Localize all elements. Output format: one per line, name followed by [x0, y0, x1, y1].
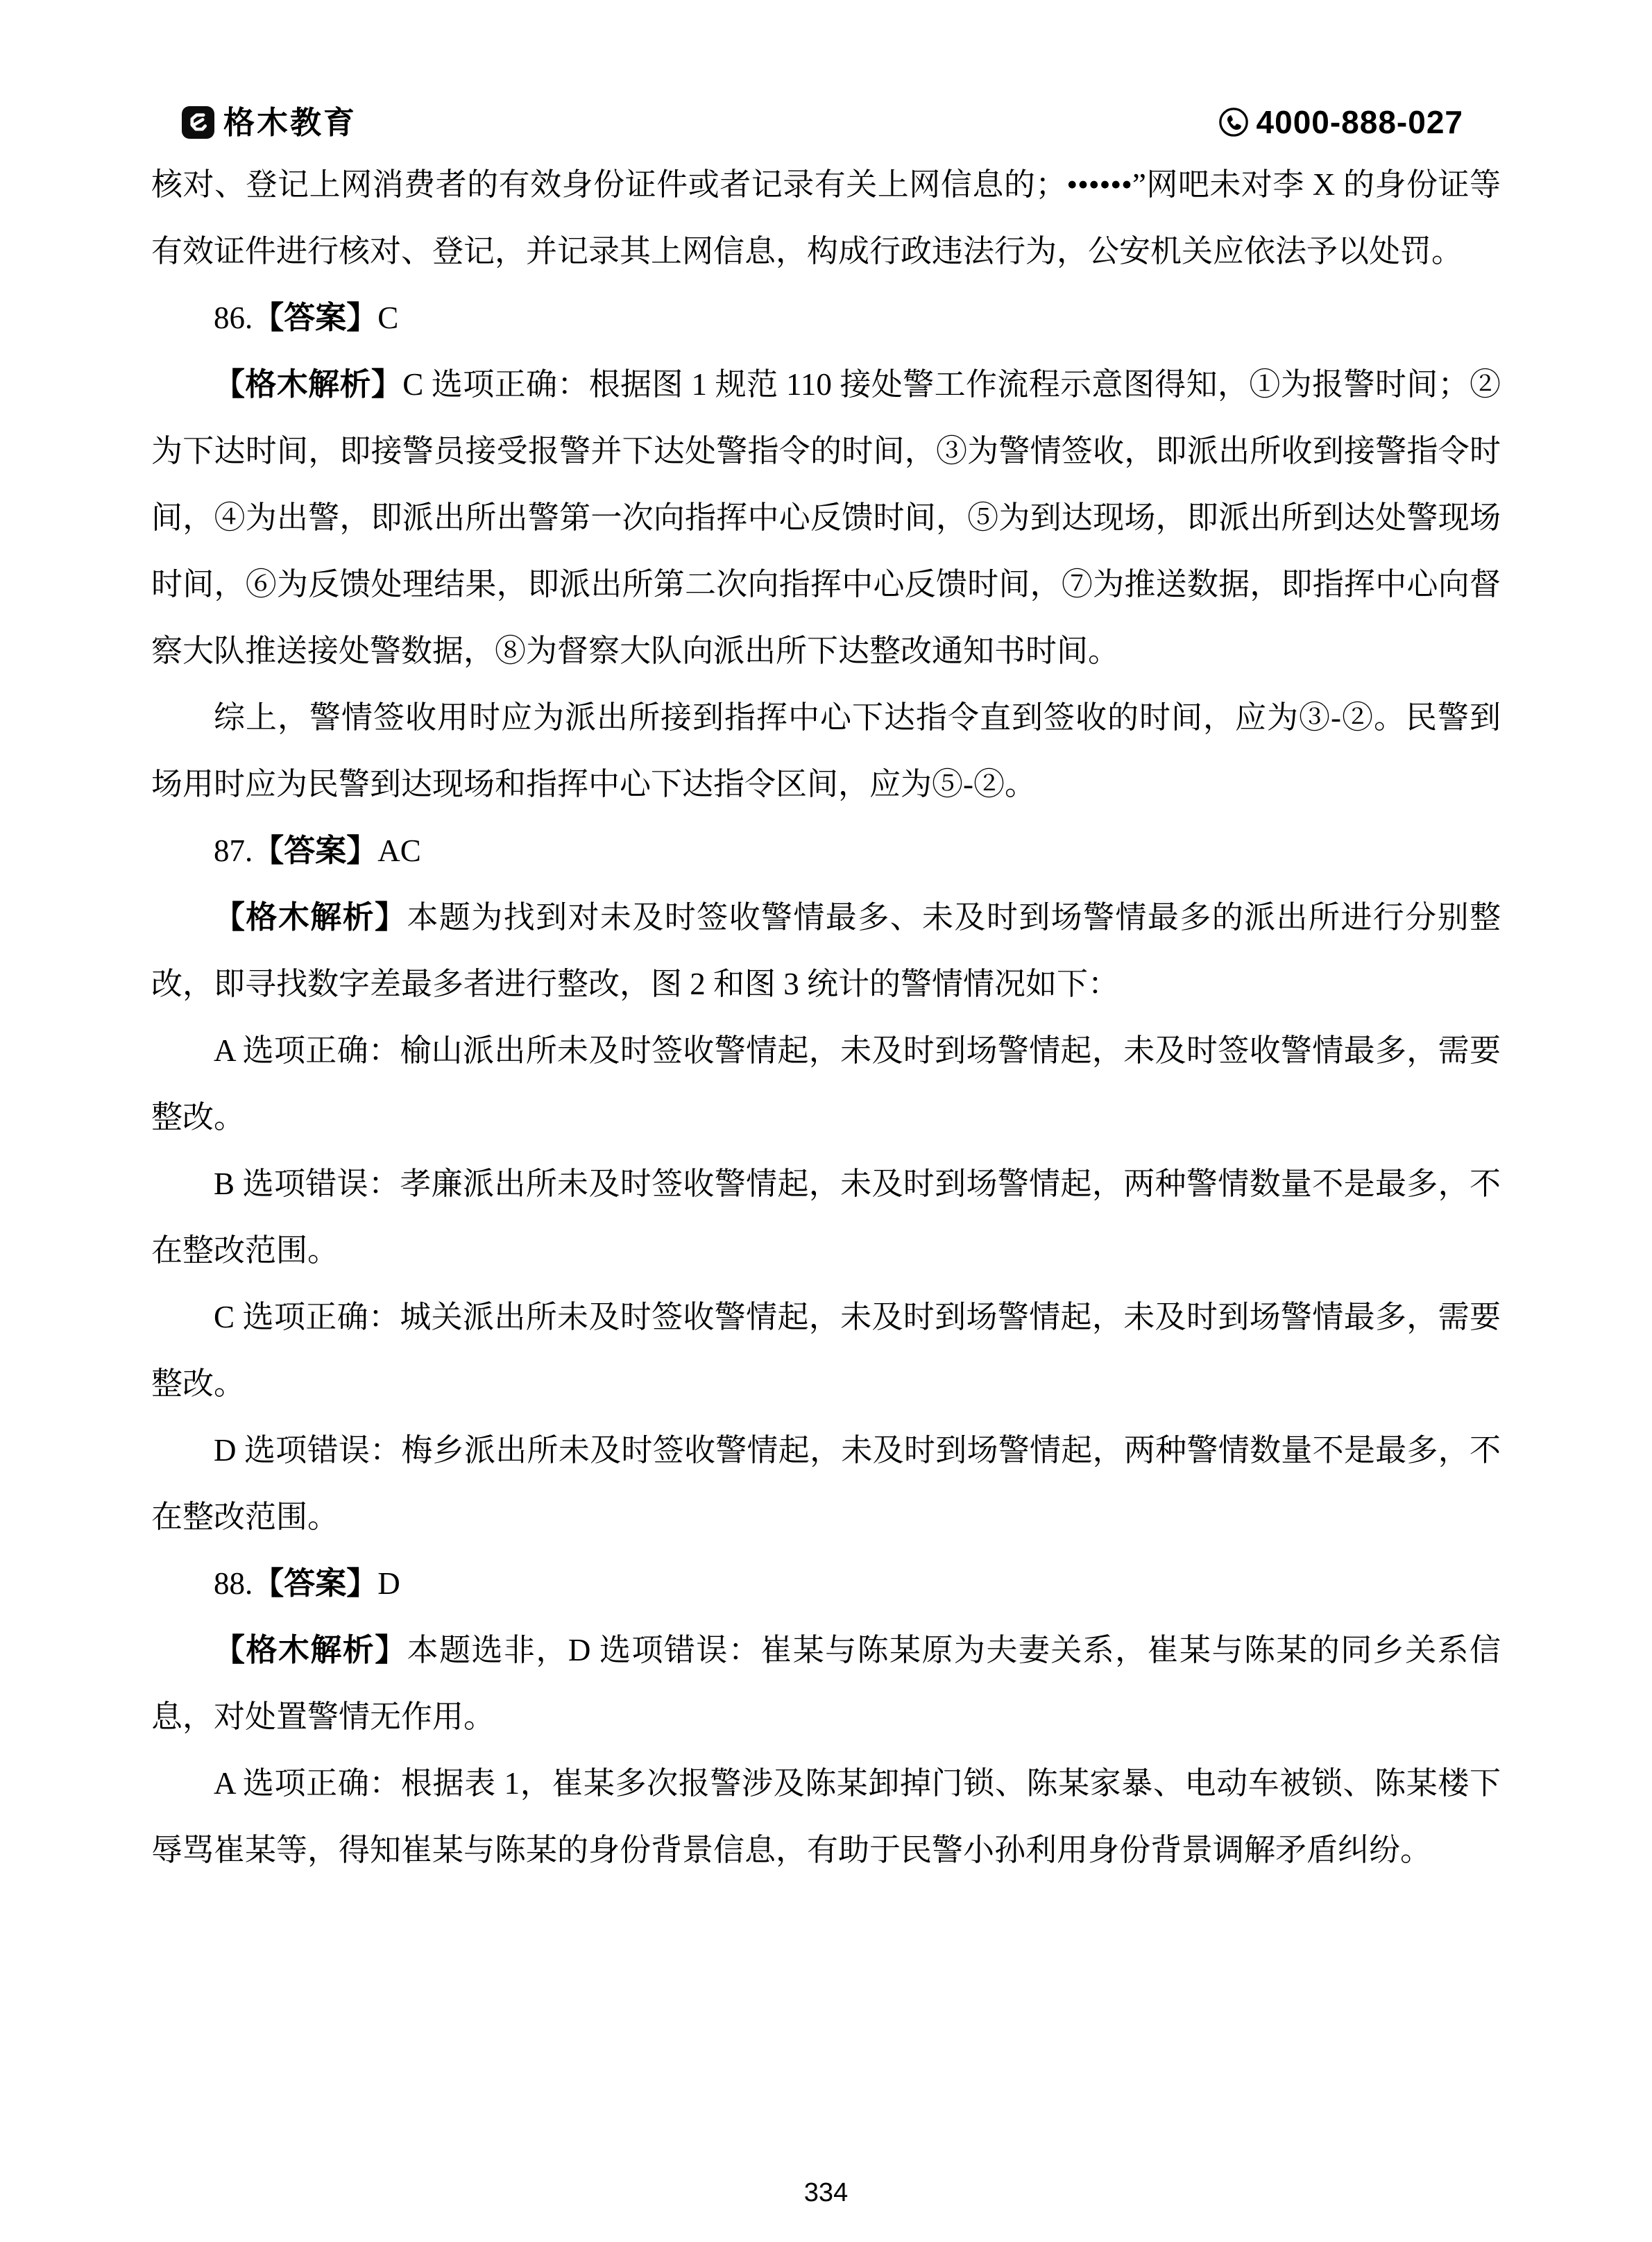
analysis-87: 【格木解析】本题为找到对未及时签收警情最多、未及时到场警情最多的派出所进行分别整… [151, 884, 1501, 1017]
paragraph-text: C 选项正确：根据图 1 规范 110 接处警工作流程示意图得知，①为报警时间；… [151, 367, 1501, 668]
paragraph-text: D 选项错误：梅乡派出所未及时签收警情起，未及时到场警情起，两种警情数量不是最多… [151, 1433, 1501, 1534]
phone-icon [1218, 106, 1250, 138]
question-number: 86. [214, 300, 253, 335]
question-number: 87. [214, 833, 253, 868]
paragraph-text: B 选项错误：孝廉派出所未及时签收警情起，未及时到场警情起，两种警情数量不是最多… [151, 1166, 1501, 1268]
paragraph: 核对、登记上网消费者的有效身份证件或者记录有关上网信息的；••••••”网吧未对… [151, 151, 1501, 285]
answer-value: C [377, 300, 398, 335]
option-a-87: A 选项正确：榆山派出所未及时签收警情起，未及时到场警情起，未及时签收警情最多，… [151, 1017, 1501, 1150]
paragraph-text: 核对、登记上网消费者的有效身份证件或者记录有关上网信息的；••••••”网吧未对… [151, 167, 1501, 269]
answer-value: AC [377, 833, 421, 868]
analysis-label: 【格木解析】 [214, 367, 402, 402]
contact-phone: 4000-888-027 [1218, 106, 1463, 138]
paragraph-text: A 选项正确：根据表 1，崔某多次报警涉及陈某卸掉门锁、陈某家暴、电动车被锁、陈… [151, 1766, 1501, 1867]
brand-logo: 格木教育 [182, 106, 357, 139]
analysis-88: 【格木解析】本题选非，D 选项错误：崔某与陈某原为夫妻关系，崔某与陈某的同乡关系… [151, 1617, 1501, 1750]
paragraph-text: 综上，警情签收用时应为派出所接到指挥中心下达指令直到签收的时间，应为③-②。民警… [151, 700, 1501, 801]
option-a-88: A 选项正确：根据表 1，崔某多次报警涉及陈某卸掉门锁、陈某家暴、电动车被锁、陈… [151, 1750, 1501, 1883]
option-b-87: B 选项错误：孝廉派出所未及时签收警情起，未及时到场警情起，两种警情数量不是最多… [151, 1150, 1501, 1284]
page-footer: 334 [0, 2180, 1652, 2206]
page-number: 334 [804, 2178, 848, 2207]
paragraph-text: C 选项正确：城关派出所未及时签收警情起，未及时到场警情起，未及时到场警情最多，… [151, 1300, 1501, 1401]
brand-name: 格木教育 [223, 107, 357, 138]
answer-label: 【答案】 [253, 300, 377, 335]
question-number: 88. [214, 1566, 253, 1601]
answer-line-87: 87.【答案】AC [151, 817, 1501, 884]
phone-number: 4000-888-027 [1257, 106, 1463, 138]
answer-label: 【答案】 [253, 833, 377, 868]
answer-label: 【答案】 [253, 1566, 377, 1601]
option-d-87: D 选项错误：梅乡派出所未及时签收警情起，未及时到场警情起，两种警情数量不是最多… [151, 1417, 1501, 1550]
analysis-label: 【格木解析】 [214, 1633, 407, 1667]
paragraph-text: A 选项正确：榆山派出所未及时签收警情起，未及时到场警情起，未及时签收警情最多，… [151, 1033, 1501, 1135]
answer-value: D [377, 1566, 400, 1601]
analysis-label: 【格木解析】 [214, 900, 407, 935]
answer-line-88: 88.【答案】D [151, 1550, 1501, 1617]
analysis-86: 【格木解析】C 选项正确：根据图 1 规范 110 接处警工作流程示意图得知，①… [151, 351, 1501, 684]
page-header: 格木教育 4000-888-027 [182, 103, 1463, 142]
option-c-87: C 选项正确：城关派出所未及时签收警情起，未及时到场警情起，未及时到场警情最多，… [151, 1284, 1501, 1417]
gemu-logo-icon [182, 106, 214, 139]
answer-line-86: 86.【答案】C [151, 285, 1501, 351]
answer-explanations: 核对、登记上网消费者的有效身份证件或者记录有关上网信息的；••••••”网吧未对… [151, 151, 1501, 1883]
paragraph: 综上，警情签收用时应为派出所接到指挥中心下达指令直到签收的时间，应为③-②。民警… [151, 684, 1501, 817]
document-page: 格木教育 4000-888-027 核对、登记上网消费者的有效身份证件或者记录有… [0, 0, 1652, 2242]
